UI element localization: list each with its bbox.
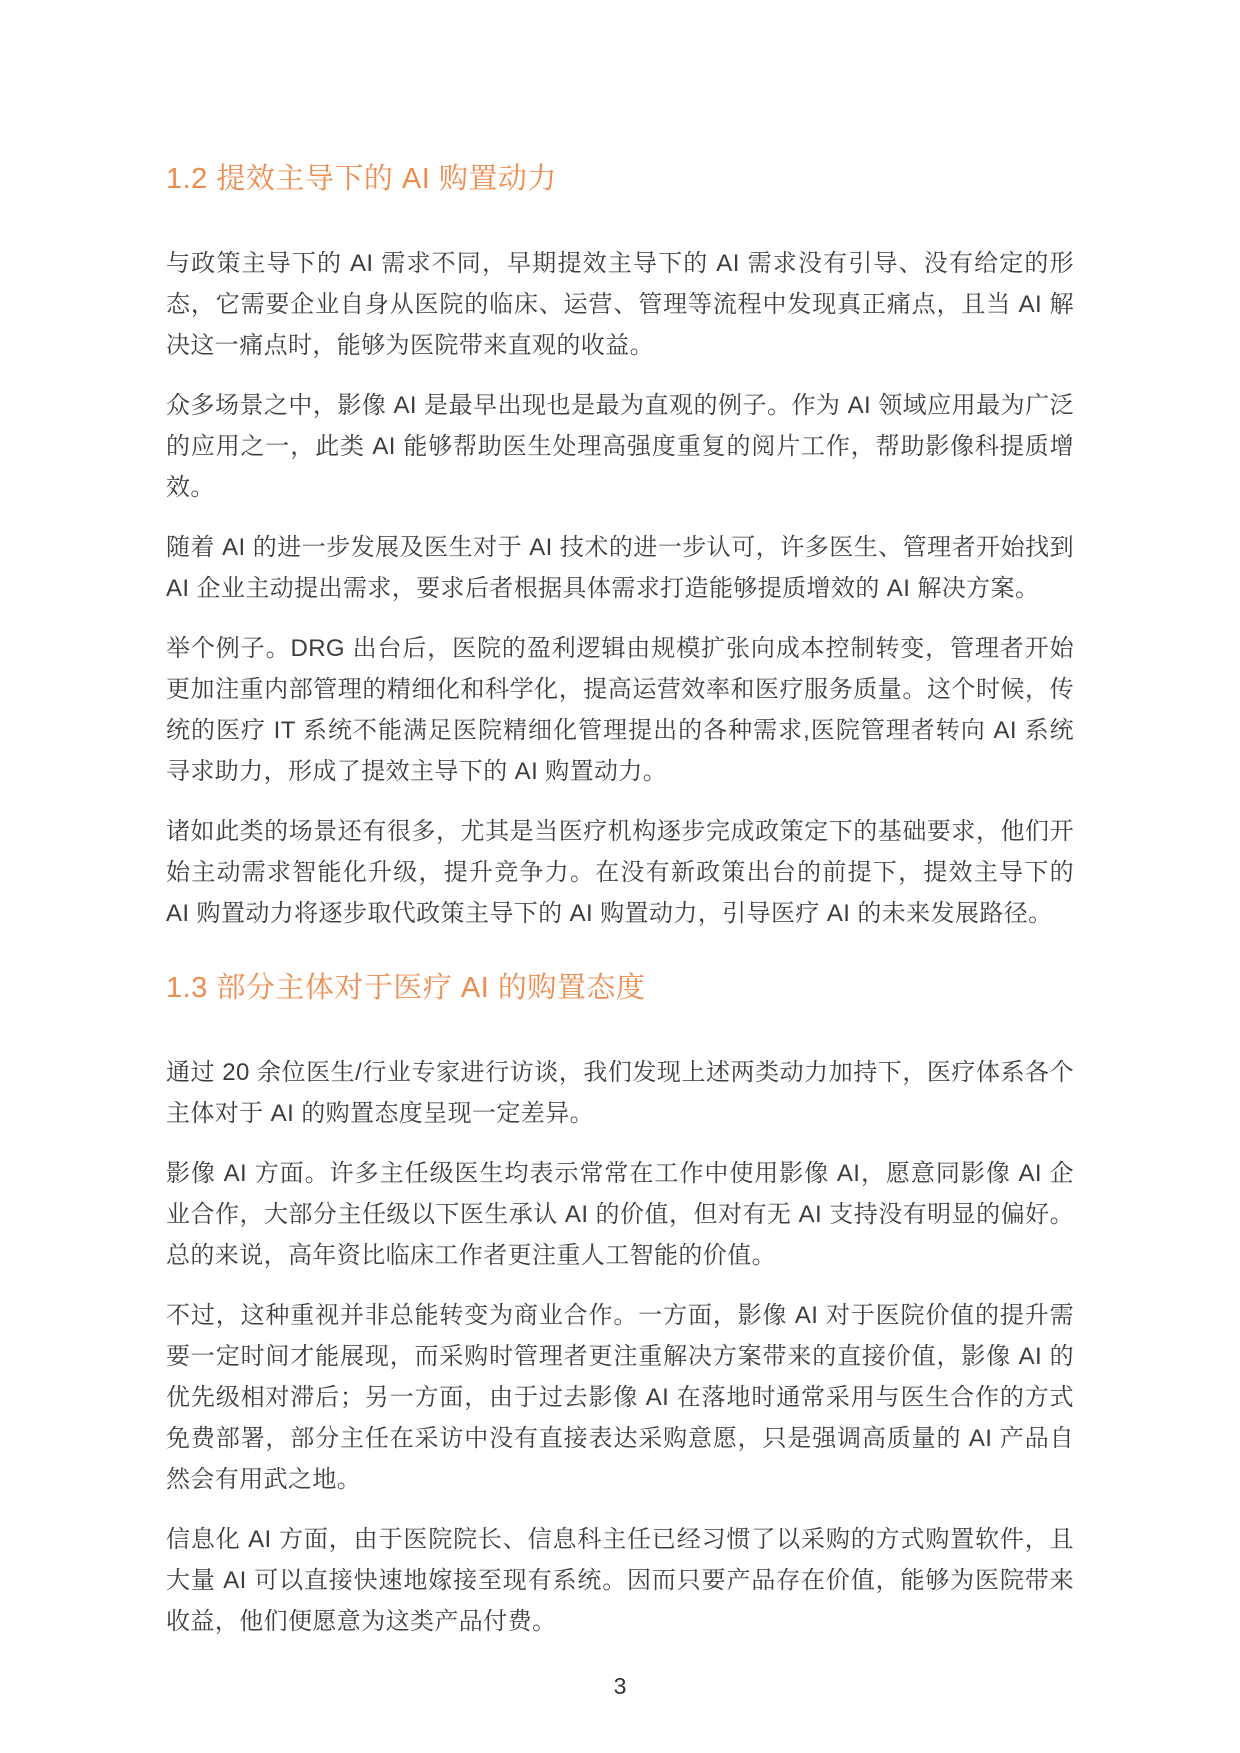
page-content: 1.2 提效主导下的 AI 购置动力 与政策主导下的 AI 需求不同，早期提效主… bbox=[0, 0, 1240, 1700]
section-heading-1-2: 1.2 提效主导下的 AI 购置动力 bbox=[166, 160, 1074, 198]
paragraph: 诸如此类的场景还有很多，尤其是当医疗机构逐步完成政策定下的基础要求，他们开始主动… bbox=[166, 811, 1074, 934]
paragraph: 随着 AI 的进一步发展及医生对于 AI 技术的进一步认可，许多医生、管理者开始… bbox=[166, 527, 1074, 609]
paragraph: 众多场景之中，影像 AI 是最早出现也是最为直观的例子。作为 AI 领域应用最为… bbox=[166, 385, 1074, 508]
section-heading-1-3: 1.3 部分主体对于医疗 AI 的购置态度 bbox=[166, 969, 1074, 1007]
paragraph: 信息化 AI 方面，由于医院院长、信息科主任已经习惯了以采购的方式购置软件，且大… bbox=[166, 1519, 1074, 1642]
paragraph: 与政策主导下的 AI 需求不同，早期提效主导下的 AI 需求没有引导、没有给定的… bbox=[166, 243, 1074, 366]
page-number: 3 bbox=[166, 1672, 1074, 1700]
paragraph: 不过，这种重视并非总能转变为商业合作。一方面，影像 AI 对于医院价值的提升需要… bbox=[166, 1295, 1074, 1500]
document-page: 1.2 提效主导下的 AI 购置动力 与政策主导下的 AI 需求不同，早期提效主… bbox=[0, 0, 1240, 1753]
paragraph: 通过 20 余位医生/行业专家进行访谈，我们发现上述两类动力加持下，医疗体系各个… bbox=[166, 1052, 1074, 1134]
paragraph: 举个例子。DRG 出台后，医院的盈利逻辑由规模扩张向成本控制转变，管理者开始更加… bbox=[166, 628, 1074, 792]
paragraph: 影像 AI 方面。许多主任级医生均表示常常在工作中使用影像 AI，愿意同影像 A… bbox=[166, 1153, 1074, 1276]
